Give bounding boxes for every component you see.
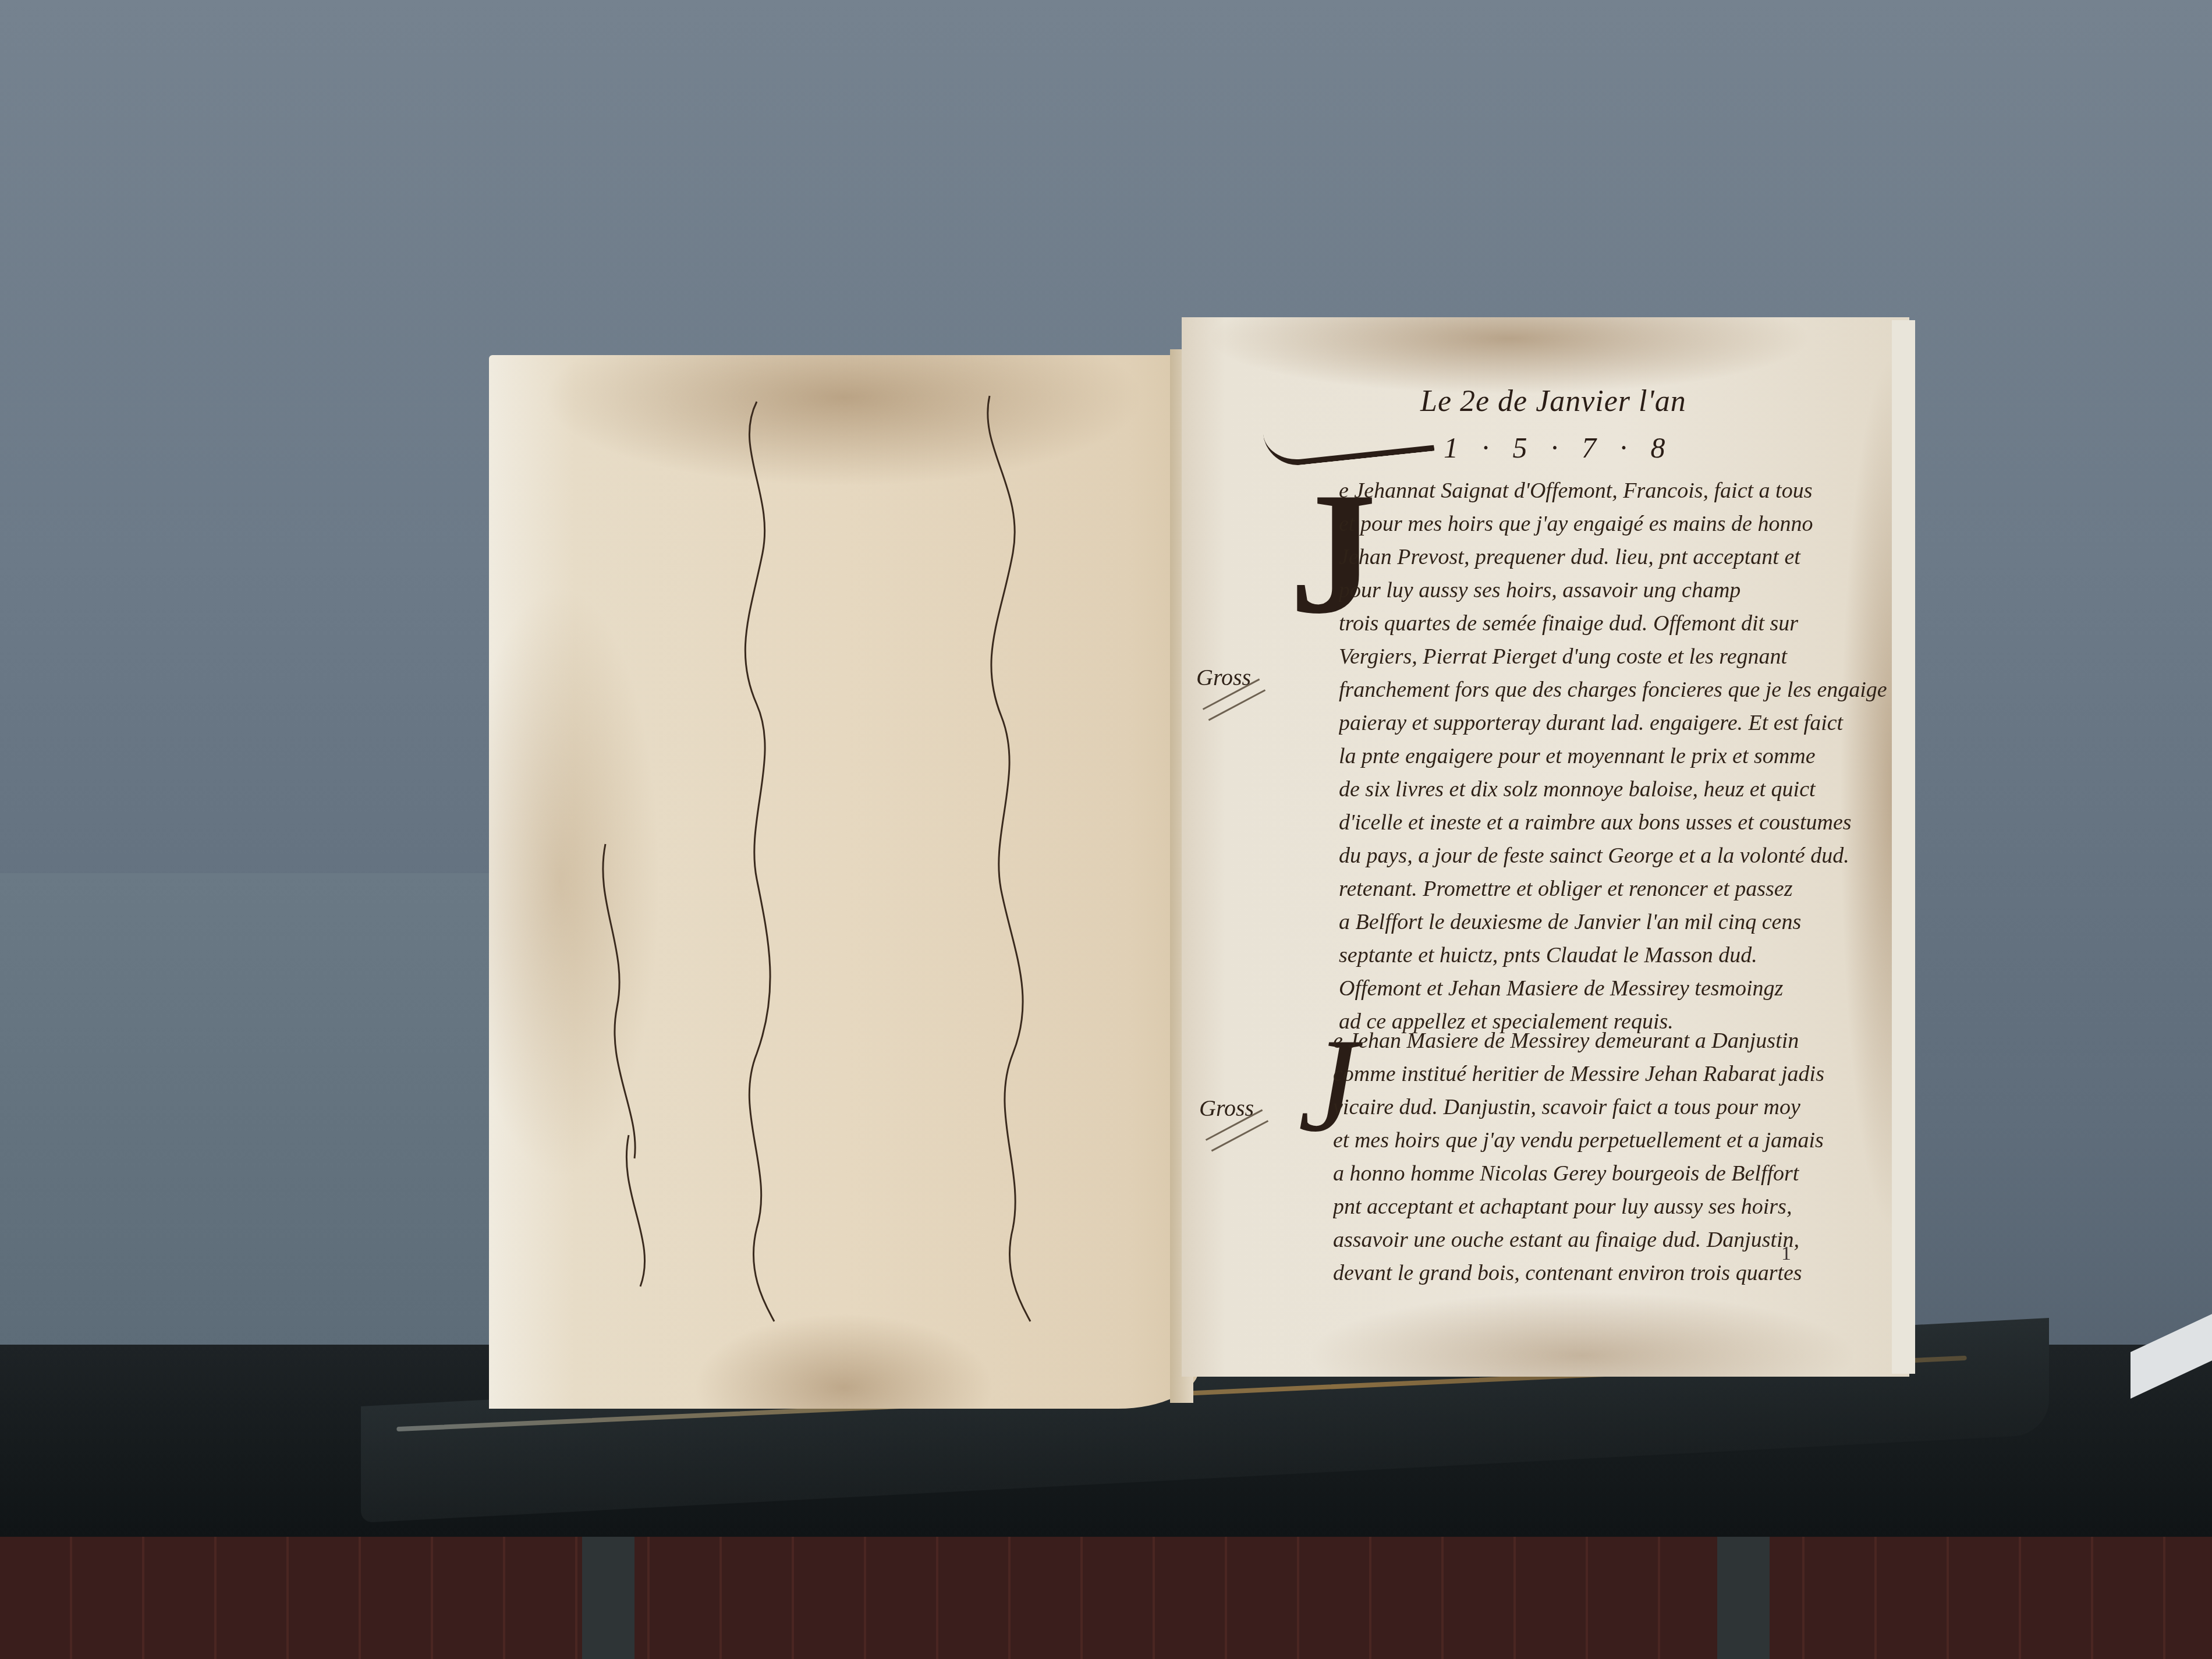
text-line: e Jehan Masiere de Messirey demeurant a … — [1333, 1025, 1892, 1058]
text-line: pour luy aussy ses hoirs, assavoir ung c… — [1339, 574, 1892, 607]
paragraph-1: e Jehannat Saignat d'Offemont, Francois,… — [1339, 474, 1892, 1038]
text-line: paieray et supporteray durant lad. engai… — [1339, 707, 1892, 740]
text-line: de six livres et dix solz monnoye balois… — [1339, 773, 1892, 806]
text-line: assavoir une ouche estant au finaige dud… — [1333, 1224, 1892, 1257]
text-line: et pour mes hoirs que j'ay engaigé es ma… — [1339, 508, 1892, 541]
page-edges-stack — [1892, 320, 1915, 1374]
margin-note-gross: Gross — [1199, 1094, 1254, 1122]
text-line: du pays, a jour de feste sainct George e… — [1339, 839, 1892, 873]
wavy-pen-lines-icon — [582, 378, 1164, 1345]
text-line: vicaire dud. Danjustin, scavoir faict a … — [1333, 1091, 1892, 1124]
text-line: et mes hoirs que j'ay vendu perpetuellem… — [1333, 1124, 1892, 1157]
margin-note-gross: Gross — [1196, 664, 1251, 691]
text-line: franchement fors que des charges foncier… — [1339, 673, 1892, 707]
text-line: Jehan Prevost, prequener dud. lieu, pnt … — [1339, 541, 1892, 574]
text-line: e Jehannat Saignat d'Offemont, Francois,… — [1339, 474, 1892, 508]
document-date-heading: Le 2e de Janvier l'an — [1420, 384, 1686, 419]
text-line: la pnte engaigere pour et moyennant le p… — [1339, 740, 1892, 773]
text-line: retenant. Promettre et obliger et renonc… — [1339, 873, 1892, 906]
text-line: pnt acceptant et achaptant pour luy auss… — [1333, 1190, 1892, 1224]
text-line: a Belffort le deuxiesme de Janvier l'an … — [1339, 906, 1892, 939]
text-line: d'icelle et ineste et a raimbre aux bons… — [1339, 806, 1892, 839]
text-line: septante et huictz, pnts Claudat le Mass… — [1339, 939, 1892, 972]
text-line: Vergiers, Pierrat Pierget d'ung coste et… — [1339, 640, 1892, 673]
folio-number: 1 — [1781, 1243, 1791, 1265]
document-year: 1 · 5 · 7 · 8 — [1444, 431, 1674, 465]
text-line: devant le grand bois, contenant environ … — [1333, 1257, 1892, 1290]
text-line: Offemont et Jehan Masiere de Messirey te… — [1339, 972, 1892, 1005]
text-line: comme institué heritier de Messire Jehan… — [1333, 1058, 1892, 1091]
text-line: trois quartes de semée finaige dud. Offe… — [1339, 607, 1892, 640]
text-line: a honno homme Nicolas Gerey bourgeois de… — [1333, 1157, 1892, 1190]
paragraph-2: e Jehan Masiere de Messirey demeurant a … — [1333, 1025, 1892, 1290]
